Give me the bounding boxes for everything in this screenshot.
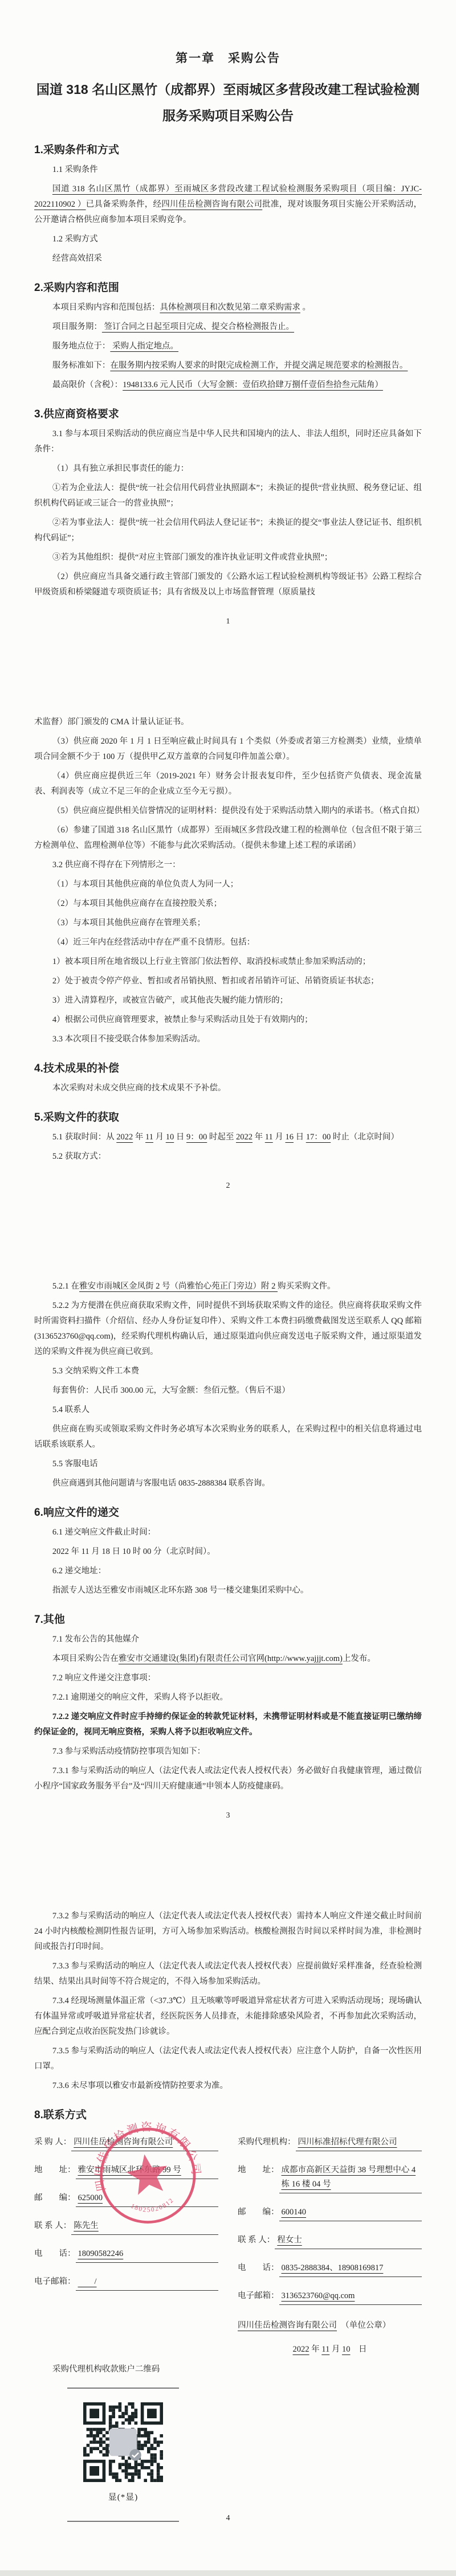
- signoff-date: 2022 年 11 月 10 日: [238, 2341, 422, 2358]
- text-segment: 。: [300, 303, 311, 312]
- text-segment: 经营高效招采: [52, 254, 102, 263]
- text-segment: 采购代理机构收款账户二维码: [52, 2365, 160, 2374]
- signoff-date-segment: 11: [321, 2345, 329, 2354]
- text-segment: 项目服务期：: [52, 322, 102, 331]
- section-heading: 8.联系方式: [34, 2106, 422, 2122]
- paragraph: 7.2.2 递交响应文件时应手持缔约保证金的转款凭证材料，未携带证明材料或是不能…: [34, 1709, 422, 1740]
- text-segment: 10: [166, 1133, 174, 1142]
- contact-row: 电子邮箱：3136523760@qq.com: [238, 2289, 422, 2305]
- text-segment: （3）供应商 2020 年 1 月 1 日至响应截止时间具有 1 个类似（外委或…: [34, 737, 422, 761]
- contact-value-text: 3136523760@qq.com: [282, 2291, 355, 2300]
- signoff-date-segment: 2022: [293, 2345, 310, 2354]
- page-break-gap: [34, 1820, 422, 1905]
- paragraph: ③若为其他组织：提供“对应主管部门颁发的准许执业证明文件或营业执照”；: [34, 550, 422, 565]
- page-break-gap: [34, 1191, 422, 1275]
- contact-label: 采 购 人：: [34, 2135, 71, 2151]
- text-segment: 3）进入清算程序，或被宣告破产，或其他丧失履约能力情形的；: [52, 996, 288, 1005]
- text-segment: 7.3.3 参与采购活动的响应人（法定代表人或法定代表人授权代表）应提前做好采样…: [34, 1962, 422, 1986]
- text-segment: 5.5 客服电话: [52, 1459, 98, 1469]
- text-segment: 签订合同之日起至项目完成、提交合格检测报告止。: [102, 322, 294, 331]
- section-heading: 3.供应商资格要求: [34, 405, 422, 421]
- paragraph: 7.2 响应文件递交注意事项：: [34, 1671, 422, 1686]
- text-segment: 上发布。: [343, 1654, 376, 1663]
- text-segment: （3）与本项目其他供应商存在管理关系；: [52, 918, 205, 928]
- paragraph: 1.2 采购方式: [34, 232, 422, 247]
- text-segment: 购买采购文件。: [278, 1282, 336, 1291]
- contact-value-text: 625000: [78, 2193, 103, 2202]
- text-segment: 5.2 获取方式：: [52, 1152, 106, 1161]
- contact-value: 600140: [279, 2205, 422, 2221]
- text-segment: 11: [145, 1133, 153, 1142]
- text-segment: 4）根据公司供应商管理要求，被禁止参与采购活动且处于有效期内的；: [52, 1015, 313, 1024]
- paragraph: 服务标准如下：在服务期内按采购人要求的时限完成检测工作，并提交满足规范要求的检测…: [34, 358, 422, 374]
- paragraph: 服务地点位于： 采购人指定地点。: [34, 339, 422, 354]
- paragraph: 2）处于被责令停产停业、暂扣或者吊销执照、暂扣或者吊销许可证、吊销资质证书状态；: [34, 974, 422, 989]
- signoff-date-segment: 日: [350, 2345, 367, 2354]
- text-segment: 时止（北京时间）: [331, 1133, 399, 1142]
- text-segment: 时起至: [207, 1133, 236, 1142]
- text-segment: 供应商遇到其他问题请与客服电话 0835-2888384 联系咨询。: [52, 1479, 270, 1488]
- page-1: 第一章 采购公告国道 318 名山区黑竹（成都界）至雨城区多营段改建工程试验检测…: [0, 0, 456, 711]
- text-segment: 5.2.1 在: [52, 1282, 79, 1291]
- paragraph: 采购代理机构收款账户二维码: [34, 2362, 422, 2377]
- contact-label: 采购代理机构：: [238, 2135, 296, 2151]
- text-segment: 7.3.2 参与采购活动的响应人（法定代表人或法定代表人授权代表）需持本人响应文…: [34, 1912, 422, 1951]
- scan-edge-strip: [0, 2570, 456, 2576]
- contact-value: 成都市高新区天益街 38 号理想中心 4 栋 16 楼 04 号: [279, 2163, 422, 2193]
- paragraph: （2）供应商应当具备交通行政主管部门颁发的《公路水运工程试验检测机构等级证书》公…: [34, 569, 422, 600]
- contact-row: 采购代理机构：四川标准招标代理有限公司: [238, 2135, 422, 2151]
- contact-value: 陈先生: [71, 2219, 218, 2235]
- text-segment: 具体检测项目和次数见第二章采购需求: [160, 303, 300, 312]
- contact-value: 四川佳岳检测咨询有限公司: [71, 2135, 218, 2151]
- paragraph: （3）与本项目其他供应商存在管理关系；: [34, 916, 422, 931]
- text-segment: 16: [285, 1133, 294, 1142]
- contact-row: 联 系 人：陈先生: [34, 2219, 218, 2235]
- contact-info-block: 采 购 人：四川佳岳检测咨询有限公司地 址：雅安市雨城区北环东路 99 号邮 编…: [34, 2135, 422, 2358]
- text-segment: （5）供应商应提供相关信誉情况的证明材料：提供没有处于采购活动禁入期内的承诺书。…: [52, 806, 425, 815]
- contact-value-text: 四川佳岳检测咨询有限公司: [74, 2138, 173, 2147]
- paragraph: 最高限价（含税）：1948133.6 元人民币（大写金额：壹佰玖拾肆万捌仟壹佰叁…: [34, 378, 422, 393]
- paragraph: 3.3 本次项目不接受联合体参加采购活动。: [34, 1032, 422, 1047]
- contact-value-text: /: [78, 2277, 97, 2286]
- text-segment: 3.2 供应商不得存在下列情形之一：: [52, 860, 181, 869]
- contact-label: 联 系 人：: [34, 2219, 71, 2235]
- page-number: 2: [34, 1182, 422, 1191]
- paragraph: ②若为事业法人：提供“统一社会信用代码法人登记证书”；未换证的提交“事业法人登记…: [34, 515, 422, 546]
- page-number: 3: [34, 1811, 422, 1820]
- announcement-title: 国道 318 名山区黑竹（成都界）至雨城区多营段改建工程试验检测服务采购项目采购…: [34, 76, 422, 129]
- section-heading: 7.其他: [34, 1611, 422, 1626]
- text-segment: 3.1 参与本项目采购活动的供应商应当是中华人民共和国境内的法人、非法人组织，同…: [34, 429, 422, 454]
- contact-row: 联 系 人：程女士: [238, 2233, 422, 2249]
- contact-value: /: [76, 2275, 219, 2291]
- contact-label: 联 系 人：: [238, 2233, 275, 2249]
- paragraph: （5）供应商应提供相关信誉情况的证明材料：提供没有处于采购活动禁入期内的承诺书。…: [34, 803, 422, 819]
- paragraph: 2022 年 11 月 18 日 10 时 00 分（北京时间）。: [34, 1544, 422, 1560]
- text-segment: 雅安市雨城区金凤街 2 号（尚雅怡心苑正门旁边）附 2: [79, 1282, 278, 1291]
- contact-row: 采 购 人：四川佳岳检测咨询有限公司: [34, 2135, 218, 2151]
- paragraph: 5.1 获取时间：从 2022 年 11 月 10 日 9：00 时起至 202…: [34, 1130, 422, 1145]
- text-segment: （4）供应商应提供近三年（2019-2021 年）财务会计报表复印件，至少包括资…: [34, 772, 422, 796]
- paragraph: 7.3.3 参与采购活动的响应人（法定代表人或法定代表人授权代表）应提前做好采样…: [34, 1959, 422, 1990]
- contact-value: 0835-2888384、18908169817: [279, 2261, 422, 2277]
- contact-label: 电 话：: [238, 2261, 279, 2277]
- text-segment: 6.1 递交响应文件截止时间：: [52, 1528, 156, 1537]
- paragraph: （4）近三年内在经营活动中存在严重不良情形。包括：: [34, 935, 422, 950]
- contact-value-text: 程女士: [277, 2235, 302, 2245]
- text-segment: 7.3 参与采购活动疫情防控事项告知如下：: [52, 1747, 205, 1756]
- paragraph: 6.2 递交地址：: [34, 1564, 422, 1579]
- text-segment: 雅安市交通建设(集团)有限责任公司官网(http://www.yajjjt.co…: [119, 1654, 343, 1663]
- text-segment: 已具备采购条件，经: [86, 200, 162, 209]
- paragraph: 7.3.6 未尽事项以雅安市最新疫情防控要求为准。: [34, 2078, 422, 2094]
- contact-row: 电 话：0835-2888384、18908169817: [238, 2261, 422, 2277]
- contact-value: 程女士: [275, 2233, 422, 2249]
- text-segment: 年: [253, 1133, 265, 1142]
- text-segment: 月: [273, 1133, 286, 1142]
- section-heading: 1.采购条件和方式: [34, 141, 422, 157]
- paragraph: ①若为企业法人：提供“统一社会信用代码营业执照副本”；未换证的提供“营业执照、税…: [34, 481, 422, 511]
- text-segment: 2022: [116, 1133, 133, 1142]
- contact-label: 电 话：: [34, 2247, 76, 2263]
- paragraph: 供应商遇到其他问题请与客服电话 0835-2888384 联系咨询。: [34, 1476, 422, 1491]
- text-segment: 1.1 采购条件: [52, 165, 98, 174]
- signoff-company: 四川佳岳检测咨询有限公司: [238, 2321, 337, 2330]
- page-4: 7.3.2 参与采购活动的响应人（法定代表人或法定代表人授权代表）需持本人响应文…: [0, 1909, 456, 2531]
- contact-label: 地 址：: [34, 2163, 76, 2179]
- section-heading: 6.响应文件的递交: [34, 1504, 422, 1519]
- text-segment: 月: [153, 1133, 166, 1142]
- text-segment: 11: [265, 1133, 273, 1142]
- chapter-title: 第一章 采购公告: [34, 49, 422, 66]
- document-body: 第一章 采购公告国道 318 名山区黑竹（成都界）至雨城区多营段改建工程试验检测…: [0, 0, 456, 2531]
- contact-value: 3136523760@qq.com: [279, 2289, 422, 2305]
- paragraph: 指派专人送达至雅安市雨城区北环东路 308 号一楼交建集团采购中心。: [34, 1583, 422, 1598]
- paragraph: 7.3 参与采购活动疫情防控事项告知如下：: [34, 1744, 422, 1759]
- contact-row: 电 话：18090582246: [34, 2247, 218, 2263]
- paragraph: 7.2.1 逾期递交的响应文件，采购人将予以拒收。: [34, 1690, 422, 1705]
- contact-value-text: 四川标准招标代理有限公司: [298, 2138, 397, 2147]
- text-segment: 7.2.1 逾期递交的响应文件，采购人将予以拒收。: [52, 1693, 228, 1702]
- paragraph: 1.1 采购条件: [34, 162, 422, 178]
- text-segment: 7.1 发布公告的其他媒介: [52, 1635, 139, 1644]
- text-segment: 术监督）部门颁发的 CMA 计量认证证书。: [34, 717, 189, 727]
- text-segment: ③若为其他组织：提供“对应主管部门颁发的准许执业证明文件或营业执照”；: [52, 553, 332, 562]
- signoff-company-line: 四川佳岳检测咨询有限公司 （单位公章）: [238, 2317, 422, 2334]
- paragraph: 7.3.1 参与采购活动的响应人（法定代表人或法定代表人授权代表）务必做好自我健…: [34, 1763, 422, 1794]
- text-segment: 5.2.2 为方便潜在供应商获取采购文件，同时提供不到场获取采购文件的途径。供应…: [34, 1301, 422, 1356]
- paragraph: 3）进入清算程序，或被宣告破产，或其他丧失履约能力情形的；: [34, 993, 422, 1008]
- paragraph: 5.4 联系人: [34, 1402, 422, 1418]
- text-segment: 6.2 递交地址：: [52, 1566, 106, 1576]
- text-segment: 1948133.6 元人民币（大写金额：壹佰玖拾肆万捌仟壹佰叁拾叁元陆角）: [123, 380, 383, 389]
- text-segment: 指派专人送达至雅安市雨城区北环东路 308 号一楼交建集团采购中心。: [52, 1586, 309, 1595]
- text-segment: 在服务期内按采购人要求的时限完成检测工作，并提交满足规范要求的检测报告。: [110, 361, 408, 370]
- paragraph: 5.2.1 在雅安市雨城区金凤街 2 号（尚雅怡心苑正门旁边）附 2 购买采购文…: [34, 1279, 422, 1294]
- text-segment: 本项目采购内容和范围包括：: [52, 303, 160, 312]
- text-segment: （2）与本项目其他供应商存在直接控股关系；: [52, 899, 222, 908]
- contact-value: 625000: [76, 2191, 219, 2207]
- text-segment: 1.2 采购方式: [52, 235, 98, 244]
- signoff-date-segment: 月: [329, 2345, 342, 2354]
- page-3: 5.2.1 在雅安市雨城区金凤街 2 号（尚雅怡心苑正门旁边）附 2 购买采购文…: [0, 1279, 456, 1905]
- paragraph: 7.3.4 经现场测量体温正常（<37.3℃）且无咳嗽等呼吸道异常症状者方可进入…: [34, 1993, 422, 2040]
- text-segment: ①若为企业法人：提供“统一社会信用代码营业执照副本”；未换证的提供“营业执照、税…: [34, 483, 422, 508]
- paragraph: 5.5 客服电话: [34, 1457, 422, 1472]
- paragraph: （1）与本项目其他供应商的单位负责人为同一人；: [34, 877, 422, 892]
- text-segment: 四川佳岳检测咨询有限公司: [161, 200, 262, 209]
- text-segment: 7.2.2 递交响应文件时应手持缔约保证金的转款凭证材料，未携带证明材料或是不能…: [34, 1712, 422, 1737]
- contact-row: 地 址：成都市高新区天益街 38 号理想中心 4 栋 16 楼 04 号: [238, 2163, 422, 2193]
- text-segment: 9：00: [186, 1133, 207, 1142]
- text-segment: 日: [174, 1133, 186, 1142]
- paragraph: 国道 318 名山区黑竹（成都界）至雨城区多营段改建工程试验检测服务采购项目（项…: [34, 182, 422, 228]
- section-heading: 2.采购内容和范围: [34, 279, 422, 294]
- paragraph: 本次采购对未成交供应商的技术成果不予补偿。: [34, 1081, 422, 1096]
- paragraph: （1）具有独立承担民事责任的能力：: [34, 461, 422, 477]
- paragraph: 7.3.5 参与采购活动的响应人（法定代表人或法定代表人授权代表）应注意个人防护…: [34, 2044, 422, 2074]
- contact-row: 地 址：雅安市雨城区北环东路 99 号: [34, 2163, 218, 2179]
- paragraph: 7.3.2 参与采购活动的响应人（法定代表人或法定代表人授权代表）需持本人响应文…: [34, 1909, 422, 1955]
- signoff-date-segment: 10: [342, 2345, 351, 2354]
- qr-frame: 显(*显): [67, 2388, 179, 2503]
- contact-row: 邮 编：600140: [238, 2205, 422, 2221]
- text-segment: 2）处于被责令停产停业、暂扣或者吊销执照、暂扣或者吊销许可证、吊销资质证书状态；: [52, 977, 379, 986]
- text-segment: （6）参建了国道 318 名山区黑竹（成都界）至雨城区多营段改建工程的检测单位（…: [34, 826, 422, 850]
- text-segment: 7.2 响应文件递交注意事项：: [52, 1673, 156, 1683]
- contact-label: 电子邮箱：: [34, 2275, 76, 2291]
- text-segment: 2022 年 11 月 18 日 10 时 00 分（北京时间）。: [52, 1547, 215, 1556]
- text-segment: 供应商在购买或领取采购文件时务必填写本次采购业务的联系人，在采购过程中的相关信息…: [34, 1425, 422, 1449]
- paragraph: 1）被本项目所在地省级以上行业主管部门依法暂停、取消投标或禁止参加采购活动的；: [34, 954, 422, 970]
- text-segment: 5.4 联系人: [52, 1405, 89, 1414]
- paragraph: 项目服务期： 签订合同之日起至项目完成、提交合格检测报告止。: [34, 319, 422, 335]
- contact-value-text: 陈先生: [74, 2221, 99, 2230]
- text-segment: 7.3.6 未尽事项以雅安市最新疫情防控要求为准。: [52, 2081, 228, 2090]
- page-footer: 4: [34, 2512, 422, 2531]
- paragraph: 术监督）部门颁发的 CMA 计量认证证书。: [34, 715, 422, 730]
- contact-row: 邮 编：625000: [34, 2191, 218, 2207]
- text-segment: 7.3.5 参与采购活动的响应人（法定代表人或法定代表人授权代表）应注意个人防护…: [34, 2046, 422, 2071]
- text-segment: （1）与本项目其他供应商的单位负责人为同一人；: [52, 880, 238, 889]
- contact-value-text: 18090582246: [78, 2249, 124, 2258]
- section-heading: 4.技术成果的补偿: [34, 1060, 422, 1075]
- text-segment: 年: [133, 1133, 145, 1142]
- text-segment: 17：00: [306, 1133, 331, 1142]
- text-segment: 本次采购对未成交供应商的技术成果不予补偿。: [52, 1084, 226, 1093]
- text-segment: 5.1 获取时间：从: [52, 1133, 116, 1142]
- text-segment: 服务标准如下：: [52, 361, 111, 370]
- contact-label: 电子邮箱：: [238, 2289, 279, 2305]
- paragraph: 供应商在购买或领取采购文件时务必填写本次采购业务的联系人，在采购过程中的相关信息…: [34, 1422, 422, 1453]
- section-heading: 5.采购文件的获取: [34, 1109, 422, 1124]
- text-segment: 7.3.1 参与采购活动的响应人（法定代表人或法定代表人授权代表）务必做好自我健…: [34, 1766, 422, 1791]
- text-segment: 3.3 本次项目不接受联合体参加采购活动。: [52, 1035, 205, 1044]
- seal-note: （单位公章）: [337, 2321, 390, 2330]
- text-segment: 最高限价（含税）：: [52, 380, 123, 389]
- paragraph: 3.2 供应商不得存在下列情形之一：: [34, 858, 422, 873]
- paragraph: （4）供应商应提供近三年（2019-2021 年）财务会计报表复印件，至少包括资…: [34, 769, 422, 799]
- text-segment: （2）供应商应当具备交通行政主管部门颁发的《公路水运工程试验检测机构等级证书》公…: [34, 572, 422, 597]
- text-segment: （1）具有独立承担民事责任的能力：: [52, 464, 189, 473]
- paragraph: 本项目采购公告在雅安市交通建设(集团)有限责任公司官网(http://www.y…: [34, 1651, 422, 1667]
- contact-row: 电子邮箱： /: [34, 2275, 218, 2291]
- text-segment: 1）被本项目所在地省级以上行业主管部门依法暂停、取消投标或禁止参加采购活动的；: [52, 957, 370, 966]
- contact-label: 邮 编：: [238, 2205, 279, 2221]
- page-2: 术监督）部门颁发的 CMA 计量认证证书。（3）供应商 2020 年 1 月 1…: [0, 715, 456, 1275]
- contact-value-text: 雅安市雨城区北环东路 99 号: [78, 2165, 181, 2175]
- text-segment: 2022: [236, 1133, 253, 1142]
- page-break-gap: [34, 626, 422, 711]
- contact-value: 雅安市雨城区北环东路 99 号: [76, 2163, 219, 2179]
- signoff-block: 四川佳岳检测咨询有限公司 （单位公章）2022 年 11 月 10 日: [238, 2317, 422, 2358]
- text-segment: 采购人指定地点。: [110, 342, 178, 351]
- paragraph: 5.2 获取方式：: [34, 1149, 422, 1164]
- page-number: 1: [34, 617, 422, 626]
- paragraph: （3）供应商 2020 年 1 月 1 日至响应截止时间具有 1 个类似（外委或…: [34, 734, 422, 765]
- text-segment: 日: [294, 1133, 306, 1142]
- paragraph: 6.1 递交响应文件截止时间：: [34, 1525, 422, 1540]
- paragraph: 5.2.2 为方便潜在供应商获取采购文件，同时提供不到场获取采购文件的途径。供应…: [34, 1298, 422, 1360]
- purchaser-contact-column: 采 购 人：四川佳岳检测咨询有限公司地 址：雅安市雨城区北环东路 99 号邮 编…: [34, 2135, 218, 2358]
- contact-label: 地 址：: [238, 2163, 279, 2193]
- contact-value-text: 0835-2888384、18908169817: [282, 2263, 384, 2273]
- paragraph: 3.1 参与本项目采购活动的供应商应当是中华人民共和国境内的法人、非法人组织，同…: [34, 426, 422, 457]
- agency-contact-column: 采购代理机构：四川标准招标代理有限公司地 址：成都市高新区天益街 38 号理想中…: [238, 2135, 422, 2358]
- contact-label: 邮 编：: [34, 2191, 76, 2207]
- text-segment: 服务地点位于：: [52, 342, 111, 351]
- text-segment: 5.3 交纳采购文件工本费: [52, 1367, 139, 1376]
- text-segment: ②若为事业法人：提供“统一社会信用代码法人登记证书”；未换证的提交“事业法人登记…: [34, 518, 422, 543]
- paragraph: （6）参建了国道 318 名山区黑竹（成都界）至雨城区多营段改建工程的检测单位（…: [34, 823, 422, 854]
- contact-value-text: 成都市高新区天益街 38 号理想中心 4 栋 16 楼 04 号: [282, 2165, 416, 2189]
- paragraph: 7.1 发布公告的其他媒介: [34, 1632, 422, 1647]
- signoff-date-segment: 年: [310, 2345, 322, 2354]
- paragraph: 5.3 交纳采购文件工本费: [34, 1364, 422, 1379]
- text-segment: 7.3.4 经现场测量体温正常（<37.3℃）且无咳嗽等呼吸道异常症状者方可进入…: [34, 1996, 422, 2036]
- paragraph: 每套售价：人民币 300.00 元，大写金额：叁佰元整。（售后不退）: [34, 1383, 422, 1398]
- paragraph: 本项目采购内容和范围包括：具体检测项目和次数见第二章采购需求 。: [34, 300, 422, 315]
- paragraph: 经营高效招采: [34, 251, 422, 266]
- contact-value: 18090582246: [76, 2247, 219, 2263]
- text-segment: （4）近三年内在经营活动中存在严重不良情形。包括：: [52, 938, 255, 947]
- contact-value: 四川标准招标代理有限公司: [296, 2135, 422, 2151]
- text-segment: 每套售价：人民币 300.00 元，大写金额：叁佰元整。（售后不退）: [52, 1386, 290, 1395]
- payment-qr-code: [83, 2402, 163, 2482]
- qr-caption: 显(*显): [67, 2491, 179, 2503]
- paragraph: 4）根据公司供应商管理要求，被禁止参与采购活动且处于有效期内的；: [34, 1012, 422, 1028]
- contact-value-text: 600140: [282, 2208, 307, 2217]
- text-segment: 本项目采购公告在: [52, 1654, 119, 1663]
- paragraph: （2）与本项目其他供应商存在直接控股关系；: [34, 896, 422, 912]
- page-number: 4: [34, 2514, 422, 2523]
- scanned-procurement-announcement: 第一章 采购公告国道 318 名山区黑竹（成都界）至雨城区多营段改建工程试验检测…: [0, 0, 456, 2576]
